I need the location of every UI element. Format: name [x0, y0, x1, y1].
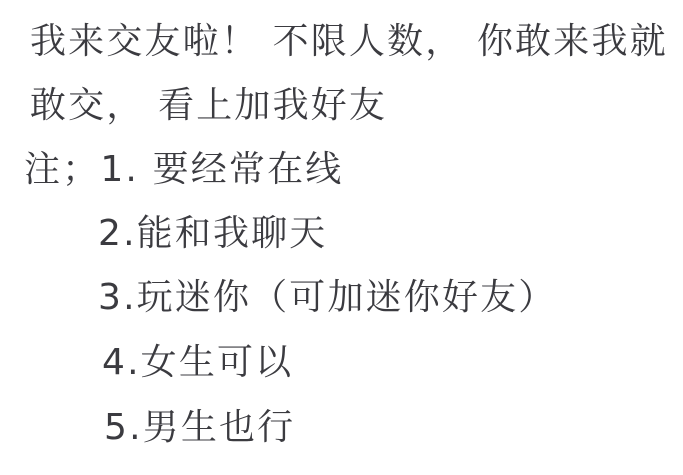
- note-line-rule-4: 4.女生可以: [102, 343, 293, 383]
- note-line-rule-5: 5.男生也行: [104, 408, 295, 448]
- note-line-rule-2: 2.能和我聊天: [98, 214, 327, 254]
- handwritten-note-page: 我来交友啦！ 不限人数， 你敢来我就 敢交， 看上加我好友 注；1. 要经常在线…: [0, 0, 683, 475]
- note-line-intro-1: 我来交友啦！ 不限人数， 你敢来我就: [30, 22, 668, 62]
- note-line-rule-3: 3.玩迷你（可加迷你好友）: [98, 278, 556, 318]
- note-line-rule-1: 注；1. 要经常在线: [24, 150, 343, 190]
- note-line-intro-2: 敢交， 看上加我好友: [30, 86, 387, 126]
